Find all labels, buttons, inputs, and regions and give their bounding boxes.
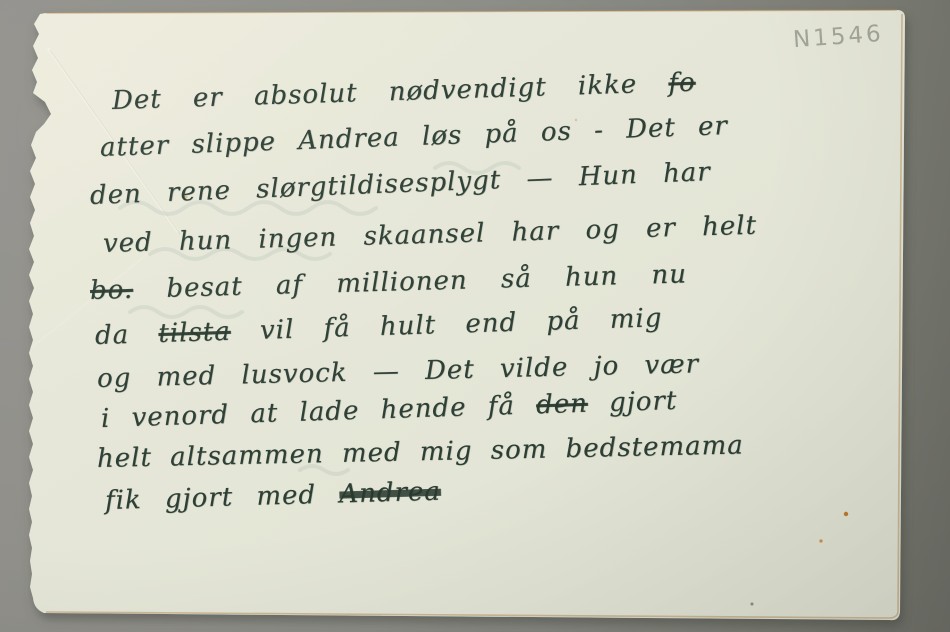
photo-backdrop: N1546 Det er absolut nødvendigt ikke foa… [0, 0, 950, 632]
note-paper [0, 0, 950, 632]
